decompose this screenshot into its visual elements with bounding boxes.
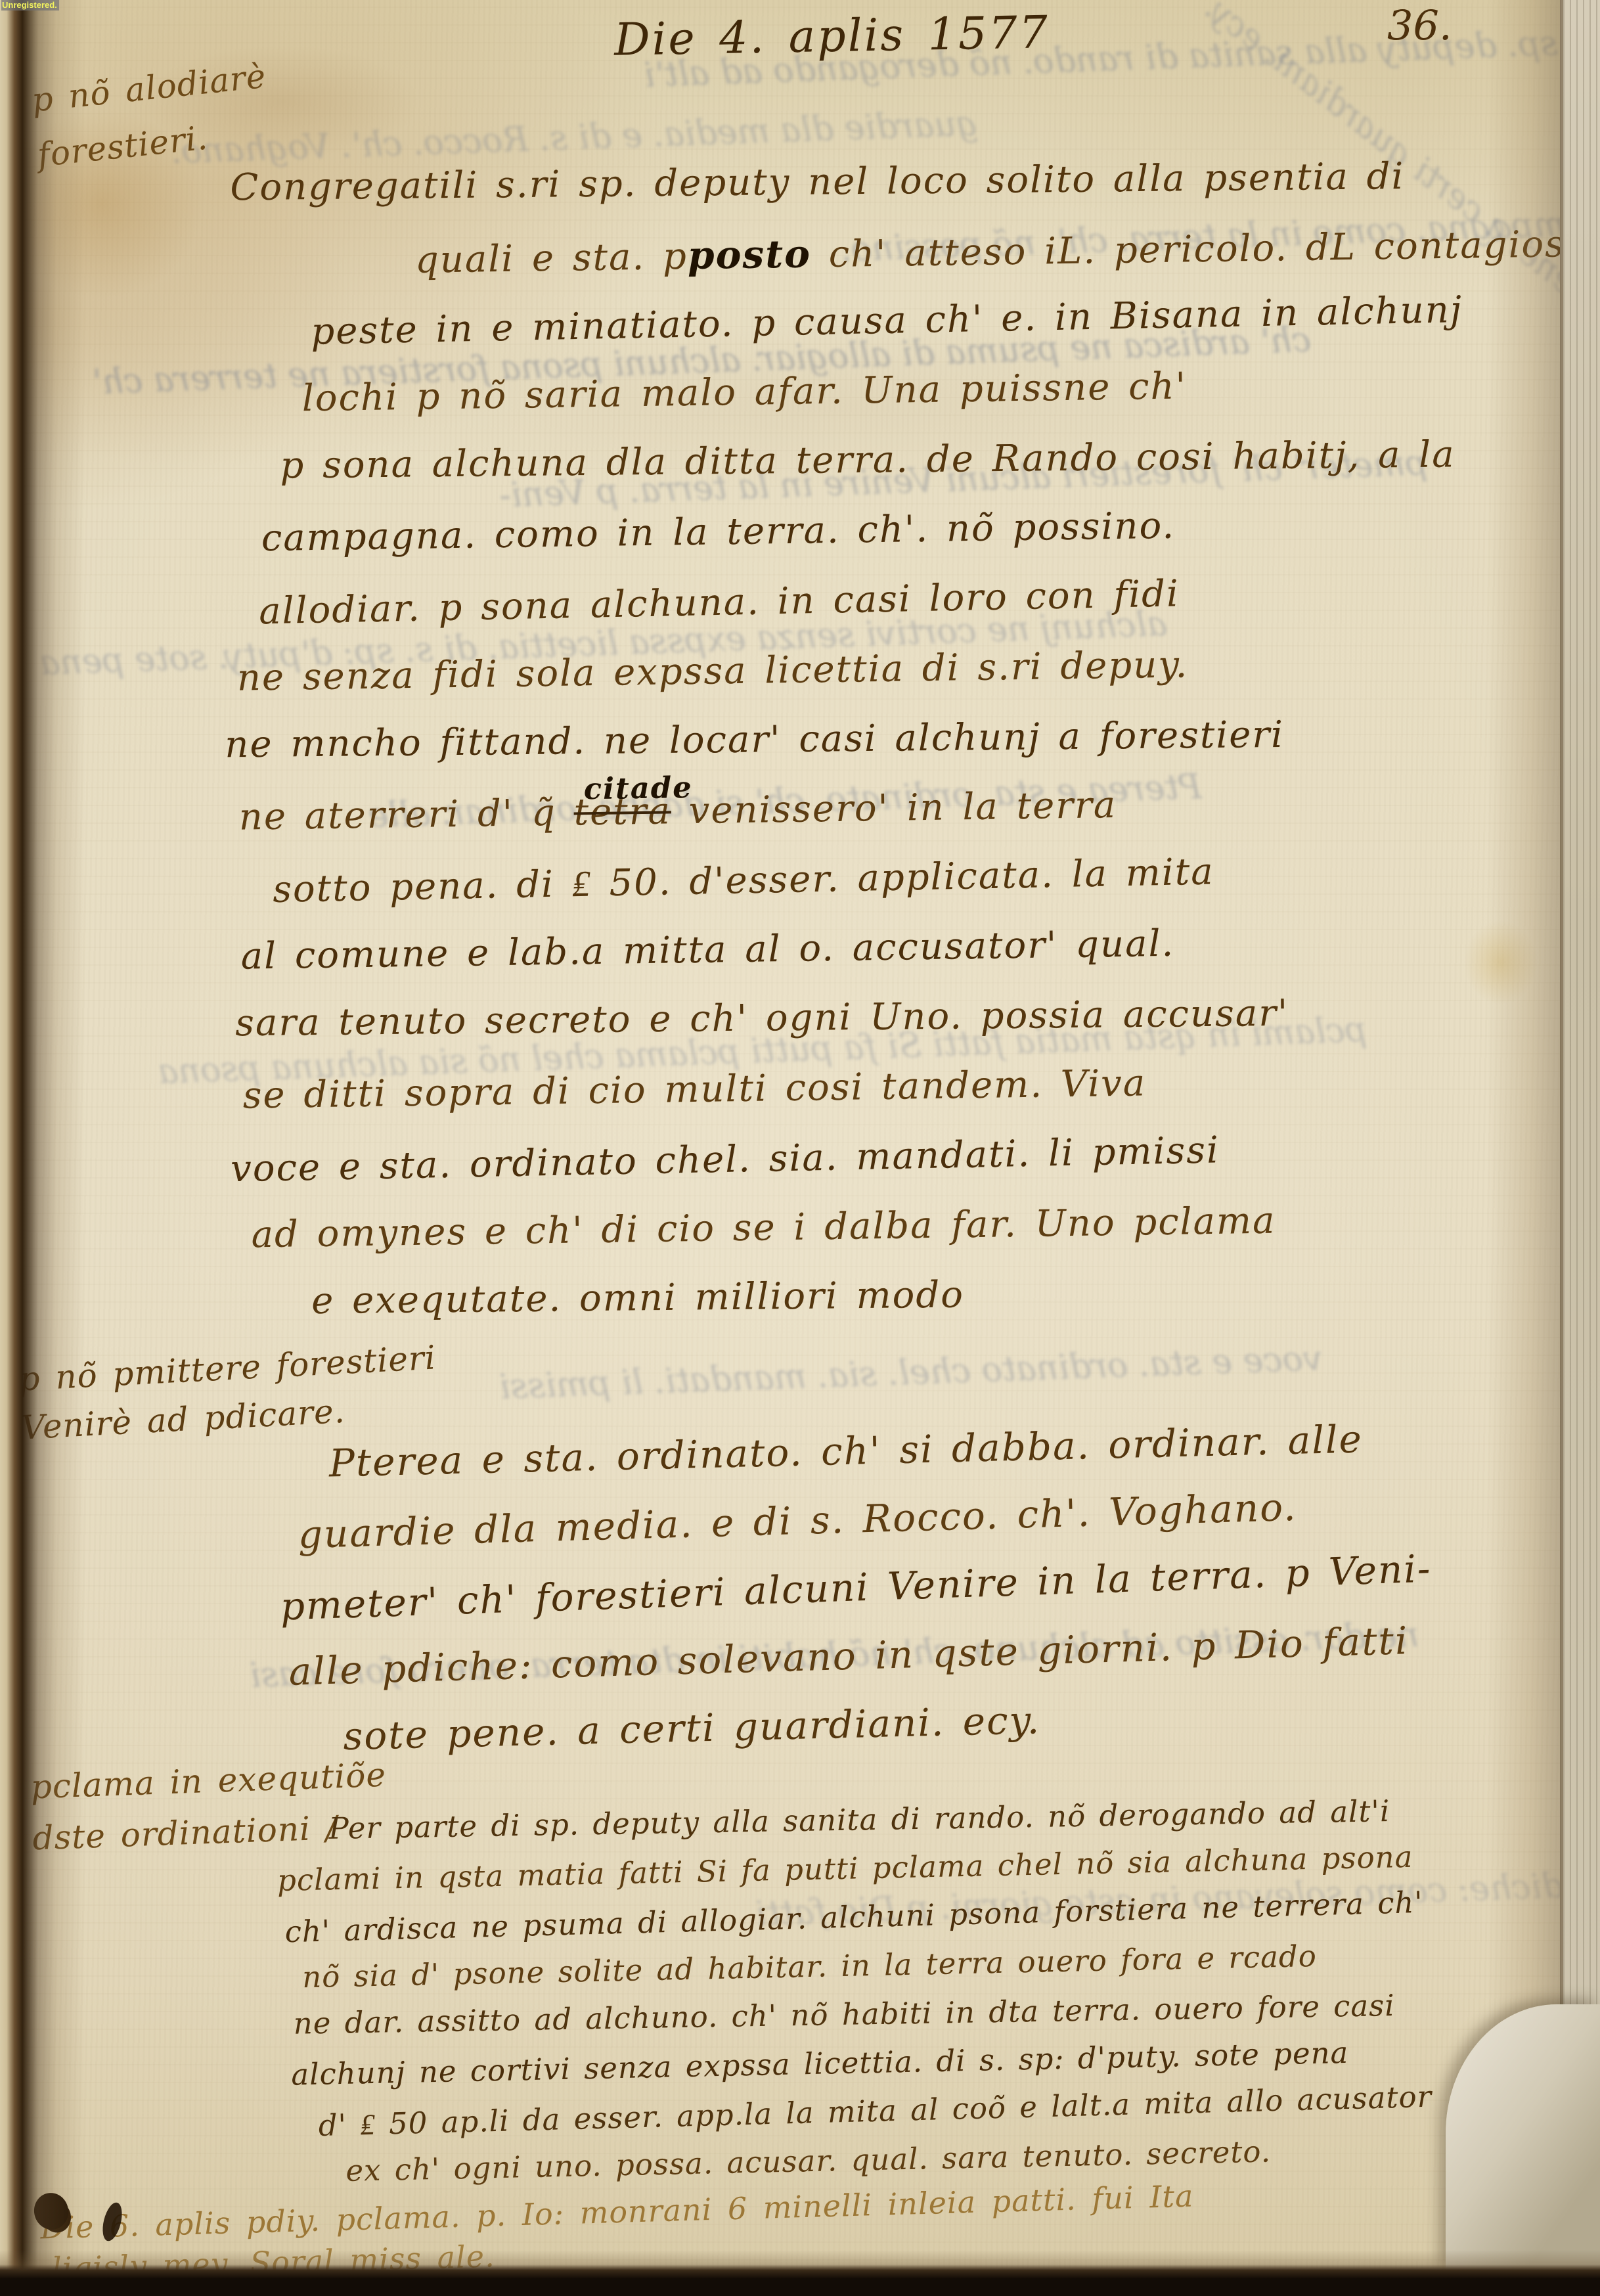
- text-segment: ch' atteso iL. pericolo. dL contagiosa: [811, 223, 1588, 277]
- bottom-annotation: Die 6. aplis pdiy. pclama. p. Io: monran…: [40, 2176, 1195, 2289]
- binding-gutter-shadow: [0, 0, 85, 2296]
- inserted-word: citade: [583, 770, 693, 806]
- margin-note-predicare: p nõ pmittere forestieri Venirè ad pdica…: [18, 1333, 440, 1452]
- curled-page-corner: [1446, 2004, 1600, 2274]
- paragraph-guard-order: Pterea e sta. ordinato. ch' si dabba. or…: [256, 1412, 1436, 1787]
- header-date: Die 4. aplis 1577: [613, 7, 1050, 66]
- scanner-watermark: Unregistered.: [1, 0, 59, 11]
- paragraph-proclamation: Per parte di sp. deputy alla sanita di r…: [276, 1790, 1434, 2203]
- text-segment: quali e sta. p: [415, 235, 688, 282]
- text-line: p sona alchuna dla ditta terra. de Rando…: [221, 432, 1591, 514]
- text-line: ne mncho fittand. ne locar' casi alchunj…: [225, 710, 1595, 793]
- text-line: Congregatili s.ri sp. deputy nel loco so…: [217, 153, 1588, 236]
- text-line: sara tenuto secreto e ch' ogni Uno. poss…: [229, 989, 1599, 1071]
- ghost-bleedthrough-text: voce e sta. ordinato chel. sia. mandati.…: [499, 1339, 1323, 1407]
- text-segment: venissero' in la terra: [671, 784, 1117, 832]
- manuscript-page: Per parte di sp. deputy alla sanita di r…: [0, 0, 1600, 2296]
- manuscript-scan: Per parte di sp. deputy alla sanita di r…: [0, 0, 1600, 2296]
- text-segment: ne aterreri d' q̃: [238, 792, 574, 839]
- page-number: 36.: [1387, 1, 1452, 49]
- paragraph-congregation-order: Congregatili s.ri sp. deputy nel loco so…: [217, 150, 1600, 1353]
- emphasized-word: posto: [687, 231, 811, 278]
- correction-group: citadetetra: [573, 790, 671, 834]
- text-line: e exequtate. omni milliori modo: [233, 1267, 1600, 1350]
